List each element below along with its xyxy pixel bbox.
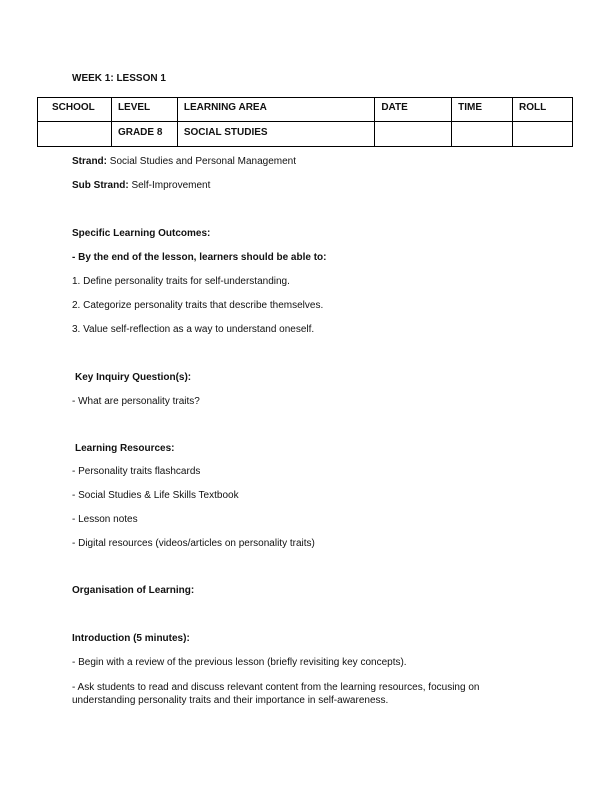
header-date: DATE <box>375 98 452 122</box>
header-time: TIME <box>452 98 513 122</box>
resources-heading: Learning Resources: <box>75 443 174 455</box>
table-header-row: SCHOOL LEVEL LEARNING AREA DATE TIME ROL… <box>38 98 573 122</box>
strand-label: Strand: <box>72 156 107 167</box>
outcomes-heading: Specific Learning Outcomes: <box>72 228 210 240</box>
strand-line: Strand: Social Studies and Personal Mana… <box>72 156 296 168</box>
introduction-heading: Introduction (5 minutes): <box>72 633 190 645</box>
organisation-heading: Organisation of Learning: <box>72 585 194 597</box>
outcome-item: 1. Define personality traits for self-un… <box>72 276 290 288</box>
resource-item: - Personality traits flashcards <box>72 466 200 478</box>
document-page: WEEK 1: LESSON 1 SCHOOL LEVEL LEARNING A… <box>0 0 612 792</box>
table-row: GRADE 8 SOCIAL STUDIES <box>38 122 573 147</box>
cell-roll <box>513 122 573 147</box>
cell-date <box>375 122 452 147</box>
outcomes-intro: - By the end of the lesson, learners sho… <box>72 252 327 264</box>
cell-school <box>38 122 112 147</box>
inquiry-item: - What are personality traits? <box>72 396 200 408</box>
strand-value: Social Studies and Personal Management <box>107 156 296 167</box>
sub-strand-label: Sub Strand: <box>72 180 129 191</box>
outcome-item: 3. Value self-reflection as a way to und… <box>72 324 314 336</box>
header-school: SCHOOL <box>38 98 112 122</box>
cell-learning-area: SOCIAL STUDIES <box>177 122 374 147</box>
outcome-item: 2. Categorize personality traits that de… <box>72 300 323 312</box>
header-roll: ROLL <box>513 98 573 122</box>
sub-strand-line: Sub Strand: Self-Improvement <box>72 180 210 192</box>
lesson-header-table: SCHOOL LEVEL LEARNING AREA DATE TIME ROL… <box>37 97 573 147</box>
header-learning-area: LEARNING AREA <box>177 98 374 122</box>
introduction-item: - Ask students to read and discuss relev… <box>72 681 542 707</box>
cell-level: GRADE 8 <box>111 122 177 147</box>
inquiry-heading: Key Inquiry Question(s): <box>75 372 191 384</box>
resource-item: - Social Studies & Life Skills Textbook <box>72 490 239 502</box>
cell-time <box>452 122 513 147</box>
header-level: LEVEL <box>111 98 177 122</box>
resource-item: - Lesson notes <box>72 514 138 526</box>
week-lesson-title: WEEK 1: LESSON 1 <box>72 73 166 85</box>
introduction-item: - Begin with a review of the previous le… <box>72 657 407 669</box>
resource-item: - Digital resources (videos/articles on … <box>72 538 315 550</box>
sub-strand-value: Self-Improvement <box>129 180 211 191</box>
